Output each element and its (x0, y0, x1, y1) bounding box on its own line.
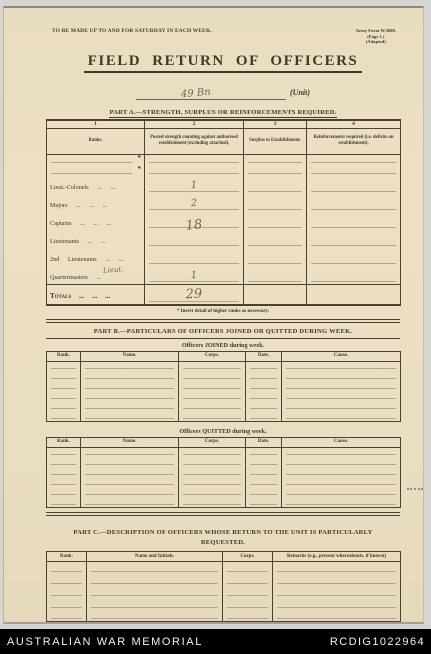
rank-row-2nd-lieutenants: 2nd Lieutenants ... ... (47, 248, 401, 266)
part-a-footnote: * Insert detail of higher ranks as neces… (46, 309, 400, 314)
table-row (47, 447, 401, 457)
higher-rank-blank-row: * (47, 165, 401, 176)
officers-quitted-table: Rank. Name. Corps. Date. Cause. (46, 437, 401, 508)
table-row (47, 381, 401, 391)
col-header-surplus: Surplus to Establishment. (244, 128, 307, 154)
officers-joined-table: Rank. Name. Corps. Date. Cause. (46, 351, 401, 422)
section-divider (46, 512, 400, 516)
officers-quitted-title: Officers QUITTED during week. (46, 428, 400, 435)
form-reference: Army Form W.3008. (Page 1.) (Adapted) (356, 28, 396, 45)
unit-field: 49 Bn (Unit) (46, 82, 400, 100)
rank-row-lieutenants: Lieutenants ... ... (47, 230, 401, 248)
rank-row-captains: Captains ... ... ... 18 (47, 212, 401, 230)
col-number: 2 (145, 120, 244, 128)
rank-row-majors: Majors ... ... ... 2 (47, 194, 401, 212)
unit-underline: 49 Bn (136, 86, 286, 100)
col-number: 3 (244, 120, 307, 128)
table-row (47, 391, 401, 401)
officers-joined-title: Officers JOINED during week. (46, 342, 400, 349)
totals-label: Totals ... ... ... (47, 292, 110, 300)
asterisk-marker: * (138, 154, 142, 162)
asterisk-marker: * (138, 165, 142, 173)
table-row (47, 361, 401, 371)
table-row (47, 610, 401, 622)
unit-handwritten-value: 49 Bn (181, 87, 212, 101)
rank-row-quartermasters: Quartermasters ... Lieut. 1 (47, 266, 401, 285)
quitted-header-row: Rank. Name. Corps. Date. Cause. (47, 437, 401, 447)
part-c-heading: PART C.—DESCRIPTION OF OFFICERS WHOSE RE… (46, 528, 400, 548)
col-header-reinforcements: Reinforcements required (i.e. deficits o… (307, 128, 401, 154)
table-row (47, 401, 401, 411)
part-c-header-row: Rank. Name and Initials. Corps. Remarks … (47, 552, 401, 562)
column-number-row: 1 2 3 4 (47, 120, 401, 128)
perforation-marks (407, 488, 423, 490)
table-row (47, 457, 401, 467)
archive-title: AUSTRALIAN WAR MEMORIAL (7, 636, 203, 648)
table-row (47, 497, 401, 507)
col-number: 4 (307, 120, 401, 128)
unit-label: (Unit) (290, 88, 310, 97)
part-a-header-row: Ranks. Posted strength counting against … (47, 128, 401, 154)
table-row (47, 467, 401, 477)
form-number: Army Form W.3008. (356, 28, 396, 34)
rule-line (46, 338, 400, 339)
form-title: FIELD RETURN OF OFFICERS (84, 53, 363, 73)
table-row (47, 562, 401, 574)
handwritten-annotation: Lieut. (103, 265, 124, 274)
scanned-form-page: TO BE MADE UP TO AND FOR SATURDAY IN EAC… (3, 6, 424, 624)
rank-row-lieut-colonels: Lieut.-Colonels ... ... 1 (47, 176, 401, 194)
archive-footer-bar: AUSTRALIAN WAR MEMORIAL RCDIG1022964 (0, 629, 431, 654)
part-a-heading: PART A.—STRENGTH, SURPLUS OR REINFORCEME… (46, 109, 400, 116)
totals-row: Totals ... ... ... 29 (47, 285, 401, 305)
table-row (47, 586, 401, 598)
higher-rank-blank-row: * (47, 154, 401, 165)
table-row (47, 477, 401, 487)
form-adapted-note: (Adapted) (356, 39, 396, 45)
col-number: 1 (47, 120, 145, 128)
table-row (47, 411, 401, 421)
part-a-table: 1 2 3 4 Ranks. Posted strength counting … (46, 119, 401, 306)
part-b-heading: PART B.—PARTICULARS OF OFFICERS JOINED O… (46, 328, 400, 335)
weekly-instruction-note: TO BE MADE UP TO AND FOR SATURDAY IN EAC… (52, 28, 212, 34)
section-divider (46, 319, 400, 323)
table-row (47, 598, 401, 610)
col-header-posted-strength: Posted strength counting against authori… (145, 128, 244, 154)
table-row (47, 371, 401, 381)
joined-header-row: Rank. Name. Corps. Date. Cause. (47, 351, 401, 361)
archive-item-id: RCDIG1022964 (330, 636, 425, 648)
table-row (47, 487, 401, 497)
table-row (47, 574, 401, 586)
part-c-table: Rank. Name and Initials. Corps. Remarks … (46, 551, 401, 622)
col-header-ranks: Ranks. (47, 128, 145, 154)
